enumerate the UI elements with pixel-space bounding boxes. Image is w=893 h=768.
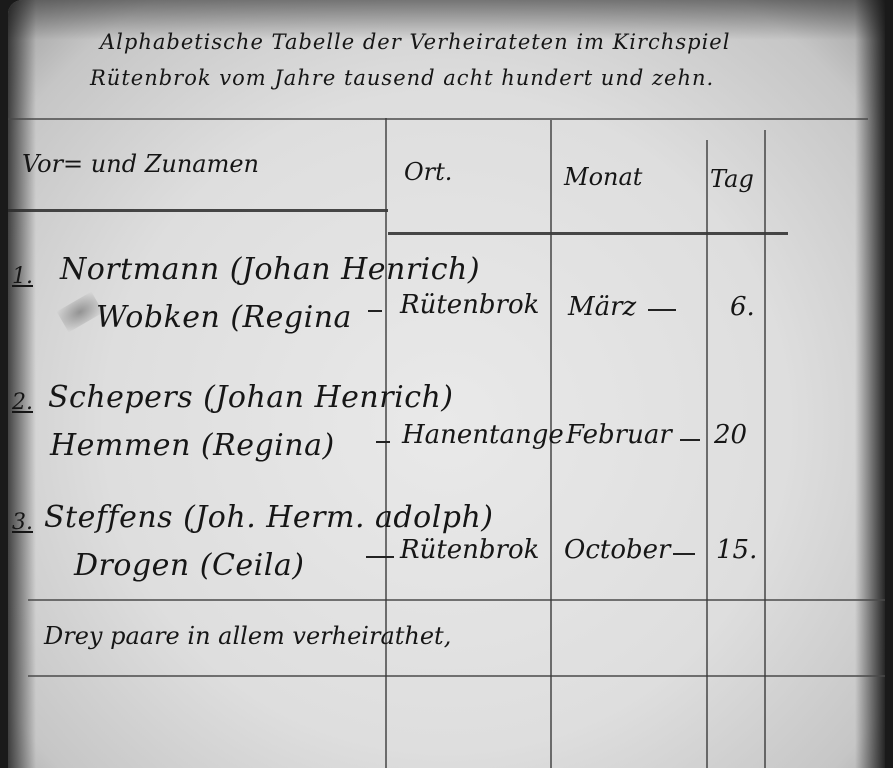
groom-name: Schepers (Johan Henrich) — [48, 380, 454, 415]
bride-name: Hemmen (Regina) — [50, 428, 335, 463]
page-shadow-left — [8, 0, 36, 768]
header-rule-left — [8, 209, 388, 212]
place-cell: Hanentange — [402, 420, 564, 450]
column-divider-day — [706, 140, 708, 768]
page-shadow-right — [855, 0, 885, 768]
leader-dash — [376, 441, 390, 443]
column-divider-place — [385, 118, 387, 768]
column-divider-right — [764, 130, 766, 768]
leader-dash — [366, 556, 394, 558]
document-page: Alphabetische Tabelle der Verheirateten … — [8, 0, 885, 768]
document-title-line-2: Rütenbrok vom Jahre tausend acht hundert… — [90, 66, 714, 90]
header-place: Ort. — [404, 158, 452, 186]
row-number: 3. — [12, 510, 33, 535]
header-day: Tag — [710, 165, 754, 193]
place-cell: Rütenbrok — [400, 290, 539, 320]
place-cell: Rütenbrok — [400, 535, 539, 565]
header-rule-right — [388, 232, 788, 235]
document-title-line-1: Alphabetische Tabelle der Verheirateten … — [100, 30, 730, 54]
summary-note: Drey paare in allem verheirathet, — [44, 622, 451, 650]
month-cell: Februar — [566, 420, 672, 450]
leader-dash — [648, 309, 676, 311]
leader-dash — [680, 439, 700, 441]
row-number: 1. — [12, 264, 33, 289]
groom-name: Steffens (Joh. Herm. adolph) — [44, 500, 494, 535]
day-cell: 20 — [714, 420, 747, 450]
summary-rule — [28, 599, 885, 601]
leader-dash — [673, 553, 695, 555]
groom-name: Nortmann (Johan Henrich) — [60, 252, 480, 287]
month-cell: October — [564, 535, 670, 565]
bride-name: Drogen (Ceila) — [74, 548, 304, 583]
month-cell: März — [568, 292, 636, 322]
bottom-rule — [28, 675, 885, 677]
day-cell: 6. — [730, 292, 755, 322]
leader-dash — [368, 310, 382, 312]
header-name: Vor= und Zunamen — [22, 150, 259, 178]
header-month: Monat — [564, 163, 642, 191]
bride-name: Wobken (Regina — [96, 300, 352, 335]
row-number: 2. — [12, 390, 33, 415]
table-top-rule — [8, 118, 868, 120]
day-cell: 15. — [716, 535, 757, 565]
